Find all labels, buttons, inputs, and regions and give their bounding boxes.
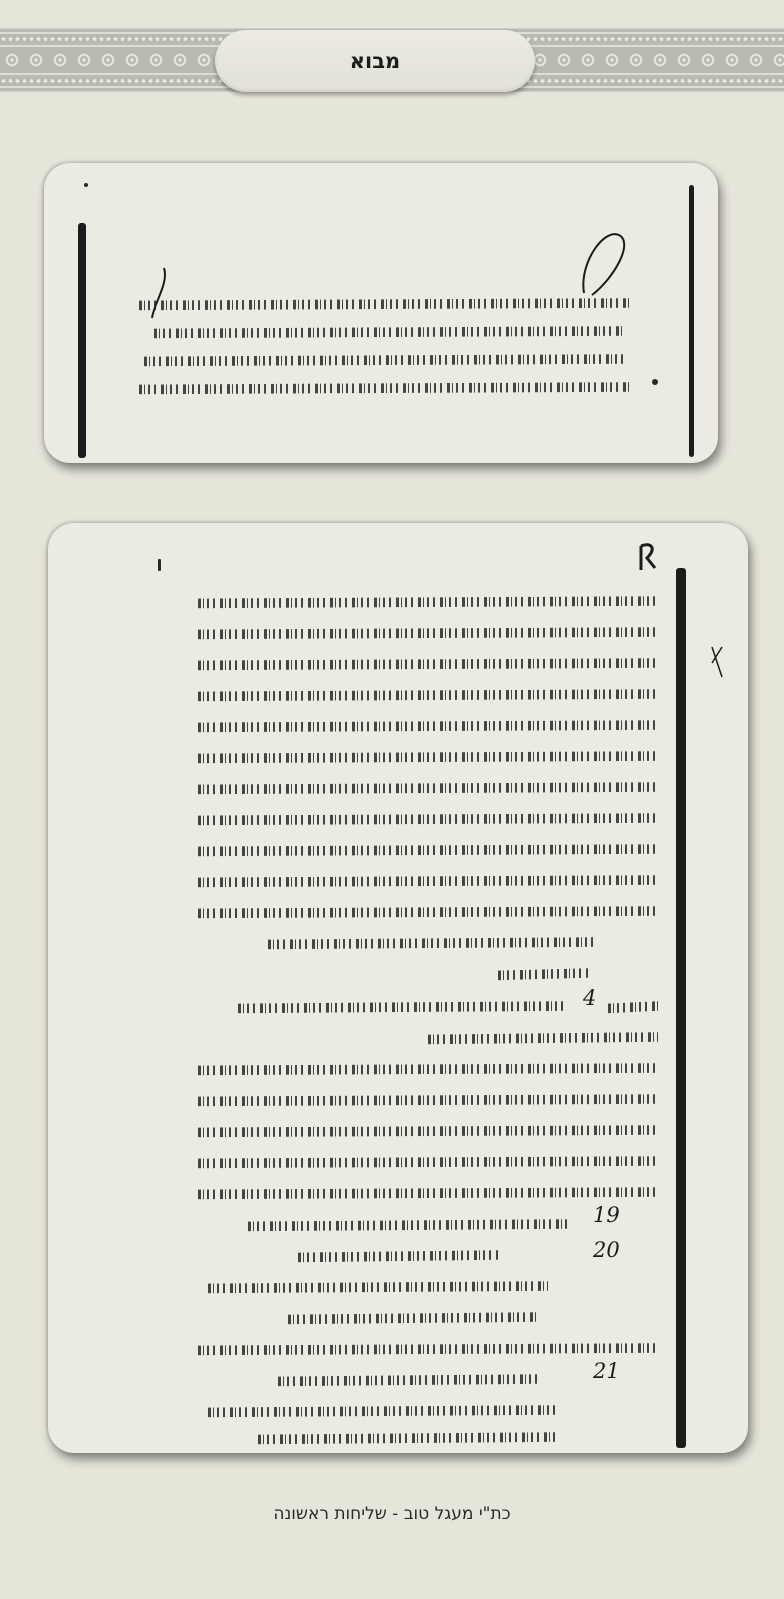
manuscript-line xyxy=(258,1429,558,1445)
marginal-number: 4 xyxy=(583,986,596,1010)
manuscript-line xyxy=(498,965,588,981)
manuscript-line xyxy=(208,1278,548,1294)
manuscript-line xyxy=(198,779,658,795)
marginal-number: 20 xyxy=(593,1238,620,1262)
manuscript-line xyxy=(198,872,658,888)
marginal-mark xyxy=(708,643,728,683)
section-title-pill: מבוא xyxy=(215,30,535,92)
manuscript-line xyxy=(198,624,658,640)
manuscript-line xyxy=(268,934,598,950)
manuscript-line xyxy=(144,351,624,367)
manuscript-line xyxy=(198,1122,658,1138)
ink-speck xyxy=(158,559,161,571)
manuscript-line xyxy=(428,1029,658,1045)
manuscript-line xyxy=(139,379,629,395)
manuscript-line xyxy=(288,1309,538,1325)
manuscript-line xyxy=(198,748,658,764)
manuscript-line xyxy=(198,1184,658,1200)
manuscript-line xyxy=(139,295,629,311)
manuscript-panel-2: 4 19 20 21 xyxy=(48,523,748,1453)
manuscript-line xyxy=(208,1402,558,1418)
manuscript-margin-rule xyxy=(78,223,86,458)
section-title: מבוא xyxy=(350,49,401,73)
manuscript-line xyxy=(198,593,658,609)
figure-caption: כת"י מעגל טוב - שליחות ראשונה xyxy=(0,1504,784,1524)
manuscript-line xyxy=(198,655,658,671)
manuscript-line xyxy=(198,1153,658,1169)
manuscript-line xyxy=(198,686,658,702)
manuscript-line xyxy=(238,998,568,1014)
manuscript-flourish xyxy=(574,223,634,303)
manuscript-line xyxy=(198,1060,658,1076)
ink-speck xyxy=(652,379,658,385)
manuscript-page-mark xyxy=(633,538,663,578)
manuscript-line xyxy=(198,1340,658,1356)
manuscript-line xyxy=(198,717,658,733)
marginal-number: 19 xyxy=(593,1203,620,1227)
manuscript-line xyxy=(248,1216,568,1232)
manuscript-line xyxy=(278,1371,538,1387)
manuscript-line xyxy=(198,903,658,919)
manuscript-line xyxy=(154,323,624,339)
manuscript-margin-rule xyxy=(676,568,686,1448)
manuscript-line xyxy=(198,841,658,857)
marginal-number: 21 xyxy=(593,1359,620,1383)
manuscript-line xyxy=(608,998,658,1014)
manuscript-margin-rule xyxy=(689,185,694,457)
manuscript-flourish xyxy=(144,263,184,323)
manuscript-line xyxy=(298,1247,498,1263)
manuscript-line xyxy=(198,810,658,826)
manuscript-panel-1 xyxy=(44,163,718,463)
manuscript-line xyxy=(198,1091,658,1107)
ink-speck xyxy=(84,183,88,187)
